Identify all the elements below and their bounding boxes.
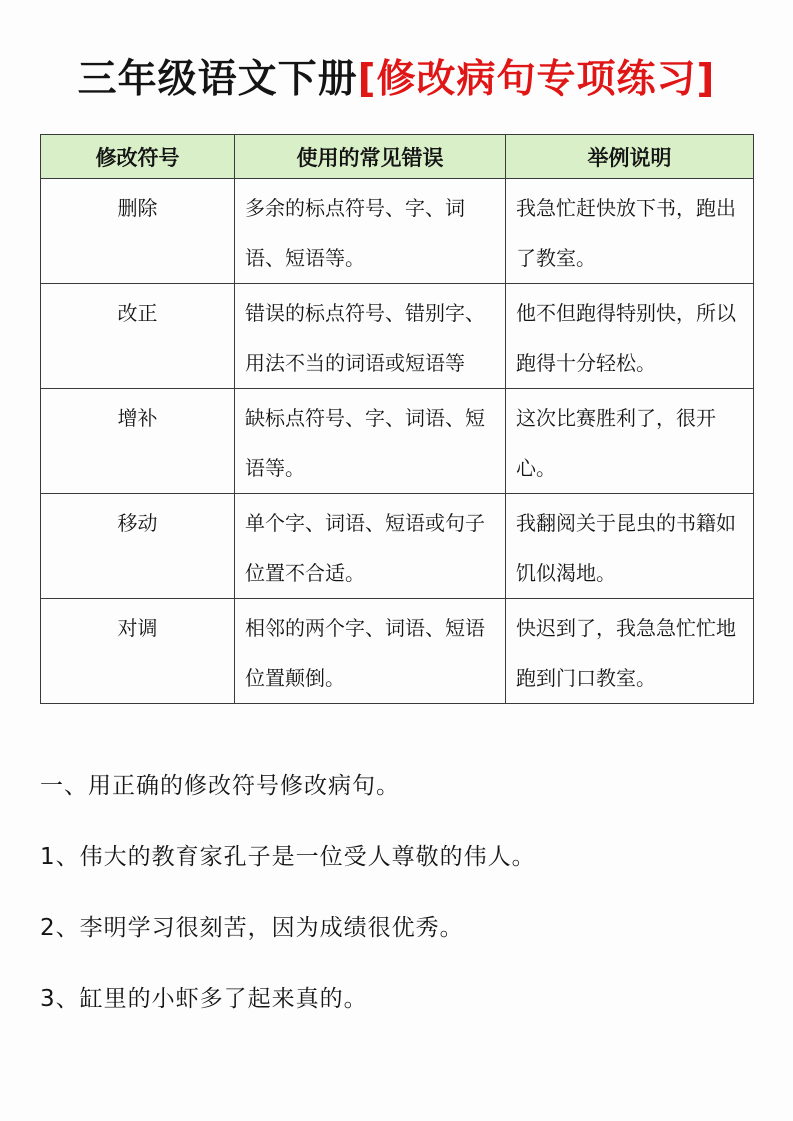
symbol-cell: 删除 <box>41 179 235 284</box>
exercise-item-2: 2、李明学习很刻苦，因为成绩很优秀。 <box>40 914 753 944</box>
error-cell: 多余的标点符号、字、词语、短语等。 <box>235 179 506 284</box>
example-cell: 我翻阅关于昆虫的书籍如饥似渴地。 <box>506 494 754 599</box>
error-cell: 单个字、词语、短语或句子位置不合适。 <box>235 494 506 599</box>
exercise-item-1: 1、伟大的教育家孔子是一位受人尊敬的伟人。 <box>40 843 753 873</box>
error-cell: 错误的标点符号、错别字、用法不当的词语或短语等 <box>235 284 506 389</box>
example-cell: 他不但跑得特别快，所以跑得十分轻松。 <box>506 284 754 389</box>
table-row-swap: 对调 相邻的两个字、词语、短语位置颠倒。 快迟到了，我急急忙忙地跑到门口教室。 <box>41 599 754 704</box>
exercise-heading: 一、用正确的修改符号修改病句。 <box>40 772 753 802</box>
symbol-cell: 移动 <box>41 494 235 599</box>
table-row-add: 增补 缺标点符号、字、词语、短语等。 这次比赛胜利了，很开心。 <box>41 389 754 494</box>
symbol-cell: 增补 <box>41 389 235 494</box>
symbol-cell: 对调 <box>41 599 235 704</box>
table-row-correct: 改正 错误的标点符号、错别字、用法不当的词语或短语等 他不但跑得特别快，所以跑得… <box>41 284 754 389</box>
example-cell: 这次比赛胜利了，很开心。 <box>506 389 754 494</box>
table-header-row: 修改符号 使用的常见错误 举例说明 <box>41 135 754 179</box>
page-title-main: 三年级语文下册 <box>78 57 358 102</box>
header-symbol-column: 修改符号 <box>41 135 235 179</box>
table-row-move: 移动 单个字、词语、短语或句子位置不合适。 我翻阅关于昆虫的书籍如饥似渴地。 <box>41 494 754 599</box>
header-common-errors-column: 使用的常见错误 <box>235 135 506 179</box>
correction-symbols-table: 修改符号 使用的常见错误 举例说明 删除 多余的标点符号、字、词语、短语等。 我… <box>40 134 754 704</box>
page-title-highlight: [修改病句专项练习] <box>358 57 716 102</box>
worksheet-page: 三年级语文下册[修改病句专项练习] 修改符号 使用的常见错误 举例说明 删除 多… <box>0 0 793 1121</box>
example-cell: 我急忙赶快放下书，跑出了教室。 <box>506 179 754 284</box>
error-cell: 相邻的两个字、词语、短语位置颠倒。 <box>235 599 506 704</box>
page-title: 三年级语文下册[修改病句专项练习] <box>40 48 753 104</box>
exercise-section: 一、用正确的修改符号修改病句。 1、伟大的教育家孔子是一位受人尊敬的伟人。 2、… <box>40 772 753 1015</box>
exercise-item-3: 3、缸里的小虾多了起来真的。 <box>40 985 753 1015</box>
table-row-delete: 删除 多余的标点符号、字、词语、短语等。 我急忙赶快放下书，跑出了教室。 <box>41 179 754 284</box>
example-cell: 快迟到了，我急急忙忙地跑到门口教室。 <box>506 599 754 704</box>
header-example-column: 举例说明 <box>506 135 754 179</box>
error-cell: 缺标点符号、字、词语、短语等。 <box>235 389 506 494</box>
symbol-cell: 改正 <box>41 284 235 389</box>
